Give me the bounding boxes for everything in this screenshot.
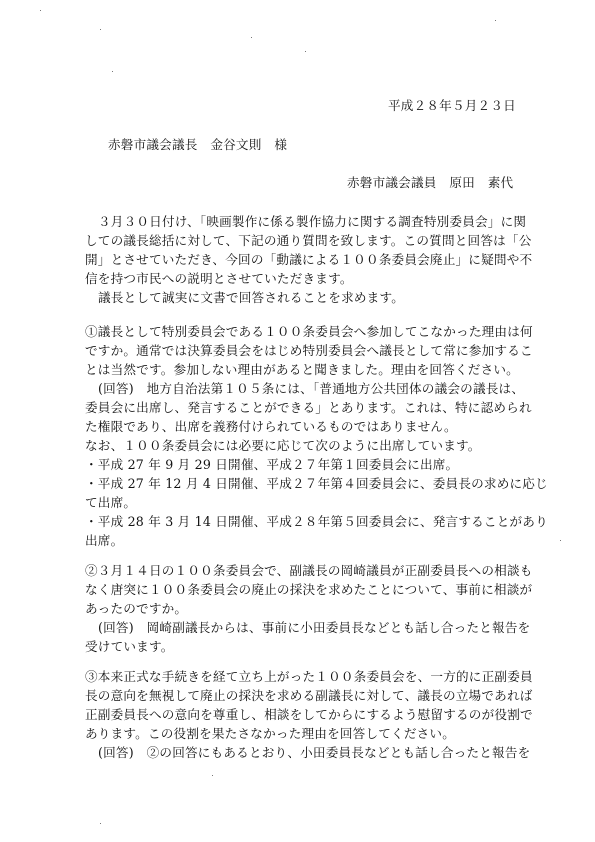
question-3-line: あります。この役割を果たさなかった理由を回答してください。 [85, 724, 455, 743]
intro-line: 信を持つ市民への説明とさせていただきます。 [85, 269, 353, 288]
scan-speck [100, 823, 101, 824]
scan-speck [212, 775, 213, 776]
scan-speck [112, 71, 113, 72]
answer-1-line: た権限であり、出席を義務付けられているものではありません。 [85, 417, 457, 436]
attendance-item: ・平成 27 年 9 月 29 日開催、平成２７年第１回委員会に出席。 [85, 455, 458, 474]
question-2-line: ②３月１４日の１００条委員会で、副議長の岡崎議員が正副委員長への相談も [85, 561, 533, 580]
scan-speck [100, 29, 101, 30]
attendance-item: ・平成 28 年 3 月 14 日開催、平成２８年第５回委員会に、発言することが… [85, 512, 548, 531]
question-1-line: とは当然です。参加しない理由があると聞きました。理由を回答ください。 [85, 360, 519, 379]
letter-date: 平成２８年５月２３日 [388, 96, 516, 115]
question-2-line: なく唐突に１００条委員会の廃止の採決を求めたことについて、事前に相談が [85, 580, 532, 599]
scan-speck [40, 10, 41, 11]
scan-speck [495, 20, 496, 21]
answer-1-line: (回答) 地方自治法第１０５条には、「普通地方公共団体の議会の議長は、 [98, 379, 524, 398]
question-3-line: 正副委員長への意向を尊重し、相談をしてからにするよう慰留するのが役割で [85, 705, 533, 724]
question-2-line: あったのですか。 [85, 599, 187, 618]
attendance-item-cont: 出席。 [85, 531, 123, 550]
scanned-letter-page: 平成２８年５月２３日 赤磐市議会議長 金谷文則 様 赤磐市議会議員 原田 素代 … [0, 0, 595, 842]
letter-sender: 赤磐市議会議員 原田 素代 [347, 173, 513, 192]
question-3-line: ③本来正式な手続きを経て立ち上がった１００条委員会を、一方的に正副委員 [85, 667, 533, 686]
intro-line: 開」とさせていただき、今回の「動議による１００条委員会廃止」に疑問や不 [85, 250, 532, 269]
scan-speck [480, 335, 481, 336]
question-3-line: 長の意向を無視して廃止の採決を求める副議長に対して、議長の立場であれば [85, 686, 533, 705]
attendance-item-cont: て出席。 [85, 493, 136, 512]
intro-line: しての議長総括に対して、下記の通り質問を致します。この質問と回答は「公 [85, 231, 532, 250]
scan-speck [305, 51, 306, 52]
answer-1-line: 委員会に出席し、発言することができる」とあります。これは、特に認められ [85, 398, 532, 417]
attendance-item: ・平成 27 年 12 月 4 日開催、平成２７年第４回委員会に、委員長の求めに… [85, 474, 548, 493]
answer-2-line: (回答) 岡崎副議長からは、事前に小田委員長などとも話し合ったと報告を [98, 618, 530, 637]
answer-1-line: なお、１００条委員会には必要に応じて次のように出席しています。 [85, 436, 481, 455]
question-1-line: ①議長として特別委員会である１００条委員会へ参加してこなかった理由は何 [85, 322, 533, 341]
scan-speck [251, 37, 252, 38]
scan-speck [560, 540, 561, 541]
intro-line: ３月３０日付け、「映画製作に係る製作協力に関する調査特別委員会」に関 [98, 212, 526, 231]
intro-request-line: 議長として誠実に文書で回答されることを求めます。 [98, 288, 404, 307]
answer-2-line: 受けています。 [85, 637, 174, 656]
answer-3-line: (回答) ②の回答にもあるとおり、小田委員長などとも話し合ったと報告を [98, 743, 530, 762]
question-1-line: ですか。通常では決算委員会をはじめ特別委員会へ議長として常に参加するこ [85, 341, 533, 360]
letter-addressee: 赤磐市議会議長 金谷文則 様 [108, 135, 287, 154]
